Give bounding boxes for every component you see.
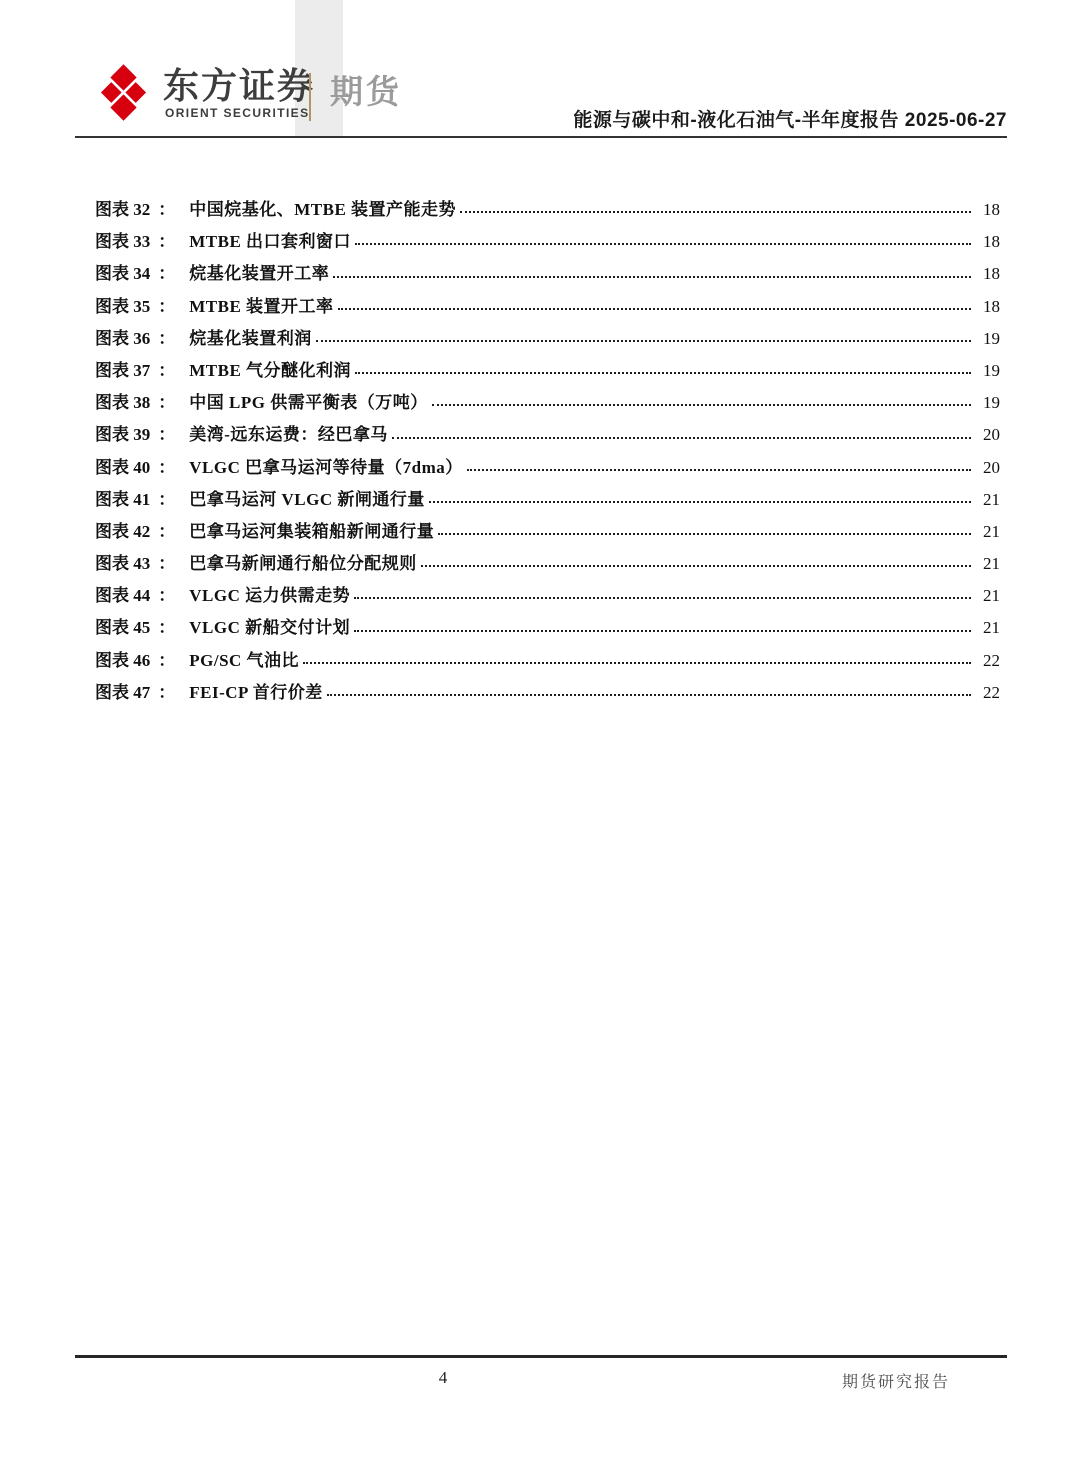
dot-leader <box>467 469 971 471</box>
toc-entry: 图表 41：巴拿马运河 VLGC 新闸通行量21 <box>95 484 1000 516</box>
page-ref: 18 <box>974 194 1000 226</box>
dot-leader <box>355 372 971 374</box>
figure-separator: ： <box>158 355 175 387</box>
report-title: 能源与碳中和-液化石油气-半年度报告 2025-06-27 <box>573 105 1007 132</box>
dot-leader <box>333 276 971 278</box>
figure-title: MTBE 出口套利窗口 <box>189 226 351 258</box>
figure-separator: ： <box>158 484 175 516</box>
figure-label: 图表 40 <box>95 452 150 484</box>
page-header: 东方证券 ORIENT SECURITIES 期货 能源与碳中和-液化石油气-半… <box>0 0 1080 140</box>
figure-separator: ： <box>158 612 175 644</box>
page-ref: 21 <box>974 612 1000 644</box>
figure-title: 中国 LPG 供需平衡表（万吨） <box>189 387 427 419</box>
figure-separator: ： <box>158 194 175 226</box>
figure-title: PG/SC 气油比 <box>189 645 299 677</box>
figure-title: 中国烷基化、MTBE 装置产能走势 <box>189 194 456 226</box>
toc-entry: 图表 45：VLGC 新船交付计划21 <box>95 612 1000 644</box>
figure-separator: ： <box>158 645 175 677</box>
figure-label: 图表 46 <box>95 645 150 677</box>
toc-entry: 图表 42：巴拿马运河集装箱船新闸通行量21 <box>95 516 1000 548</box>
toc-entry: 图表 46：PG/SC 气油比22 <box>95 645 1000 677</box>
figure-title: FEI-CP 首行价差 <box>189 677 322 709</box>
toc-entry: 图表 34：烷基化装置开工率18 <box>95 258 1000 290</box>
figure-separator: ： <box>158 548 175 580</box>
toc-entry: 图表 33：MTBE 出口套利窗口18 <box>95 226 1000 258</box>
page-ref: 21 <box>974 580 1000 612</box>
figure-label: 图表 33 <box>95 226 150 258</box>
figure-label: 图表 45 <box>95 612 150 644</box>
toc-entry: 图表 35：MTBE 装置开工率18 <box>95 291 1000 323</box>
figure-label: 图表 47 <box>95 677 150 709</box>
page-ref: 19 <box>974 387 1000 419</box>
toc-entry: 图表 37：MTBE 气分醚化利润19 <box>95 355 1000 387</box>
figure-separator: ： <box>158 580 175 612</box>
dot-leader <box>429 501 971 503</box>
figure-label: 图表 35 <box>95 291 150 323</box>
dot-leader <box>354 597 971 599</box>
page-ref: 22 <box>974 645 1000 677</box>
toc-list: 图表 32：中国烷基化、MTBE 装置产能走势18图表 33：MTBE 出口套利… <box>95 194 1000 709</box>
dot-leader <box>421 565 971 567</box>
figure-label: 图表 38 <box>95 387 150 419</box>
toc-entry: 图表 36：烷基化装置利润19 <box>95 323 1000 355</box>
figure-separator: ： <box>158 258 175 290</box>
figure-separator: ： <box>158 452 175 484</box>
figure-title: 巴拿马运河集装箱船新闸通行量 <box>189 516 434 548</box>
dot-leader <box>338 308 971 310</box>
dot-leader <box>355 243 971 245</box>
figure-label: 图表 43 <box>95 548 150 580</box>
page-ref: 18 <box>974 258 1000 290</box>
page-ref: 20 <box>974 419 1000 451</box>
page-ref: 18 <box>974 291 1000 323</box>
figure-title: 巴拿马运河 VLGC 新闸通行量 <box>189 484 425 516</box>
page-ref: 22 <box>974 677 1000 709</box>
figure-separator: ： <box>158 226 175 258</box>
toc-entry: 图表 40：VLGC 巴拿马运河等待量（7dma）20 <box>95 452 1000 484</box>
toc-entry: 图表 44：VLGC 运力供需走势21 <box>95 580 1000 612</box>
dot-leader <box>392 437 971 439</box>
brand-name-cn: 东方证券 <box>163 66 315 106</box>
page-ref: 19 <box>974 355 1000 387</box>
dot-leader <box>354 630 971 632</box>
dot-leader <box>316 340 971 342</box>
footer-rule <box>75 1355 1007 1358</box>
orient-securities-logo-icon <box>100 63 147 122</box>
figure-title: 烷基化装置利润 <box>189 323 312 355</box>
page-ref: 21 <box>974 516 1000 548</box>
footer-page-number: 4 <box>75 1368 811 1388</box>
figure-title: MTBE 气分醚化利润 <box>189 355 351 387</box>
page-ref: 21 <box>974 484 1000 516</box>
figure-title: 巴拿马新闸通行船位分配规则 <box>189 548 417 580</box>
toc-entry: 图表 47：FEI-CP 首行价差22 <box>95 677 1000 709</box>
figure-separator: ： <box>158 387 175 419</box>
figure-label: 图表 42 <box>95 516 150 548</box>
toc-entry: 图表 39：美湾-远东运费：经巴拿马20 <box>95 419 1000 451</box>
figure-title: VLGC 巴拿马运河等待量（7dma） <box>189 452 462 484</box>
figure-title: 烷基化装置开工率 <box>189 258 329 290</box>
page-ref: 20 <box>974 452 1000 484</box>
figure-title: MTBE 装置开工率 <box>189 291 333 323</box>
figure-label: 图表 36 <box>95 323 150 355</box>
figure-separator: ： <box>158 291 175 323</box>
footer-report-type: 期货研究报告 <box>842 1369 950 1392</box>
figure-title: VLGC 新船交付计划 <box>189 612 350 644</box>
figure-label: 图表 32 <box>95 194 150 226</box>
brand-name-en: ORIENT SECURITIES <box>165 106 309 120</box>
figure-separator: ： <box>158 419 175 451</box>
dot-leader <box>432 404 971 406</box>
dot-leader <box>303 662 971 664</box>
figure-label: 图表 34 <box>95 258 150 290</box>
document-page: 东方证券 ORIENT SECURITIES 期货 能源与碳中和-液化石油气-半… <box>0 0 1080 1466</box>
toc-entry: 图表 32：中国烷基化、MTBE 装置产能走势18 <box>95 194 1000 226</box>
dot-leader <box>460 211 971 213</box>
dot-leader <box>327 694 971 696</box>
figure-title: 美湾-远东运费：经巴拿马 <box>189 419 388 451</box>
division-label: 期货 <box>330 66 402 113</box>
toc-entry: 图表 43：巴拿马新闸通行船位分配规则21 <box>95 548 1000 580</box>
figure-label: 图表 37 <box>95 355 150 387</box>
page-ref: 19 <box>974 323 1000 355</box>
toc-entry: 图表 38：中国 LPG 供需平衡表（万吨）19 <box>95 387 1000 419</box>
figure-title: VLGC 运力供需走势 <box>189 580 350 612</box>
page-ref: 18 <box>974 226 1000 258</box>
page-ref: 21 <box>974 548 1000 580</box>
figure-separator: ： <box>158 323 175 355</box>
figure-separator: ： <box>158 516 175 548</box>
figure-label: 图表 44 <box>95 580 150 612</box>
header-rule <box>75 136 1007 138</box>
figure-label: 图表 41 <box>95 484 150 516</box>
dot-leader <box>438 533 971 535</box>
figure-label: 图表 39 <box>95 419 150 451</box>
header-vertical-divider <box>309 73 311 121</box>
figure-separator: ： <box>158 677 175 709</box>
